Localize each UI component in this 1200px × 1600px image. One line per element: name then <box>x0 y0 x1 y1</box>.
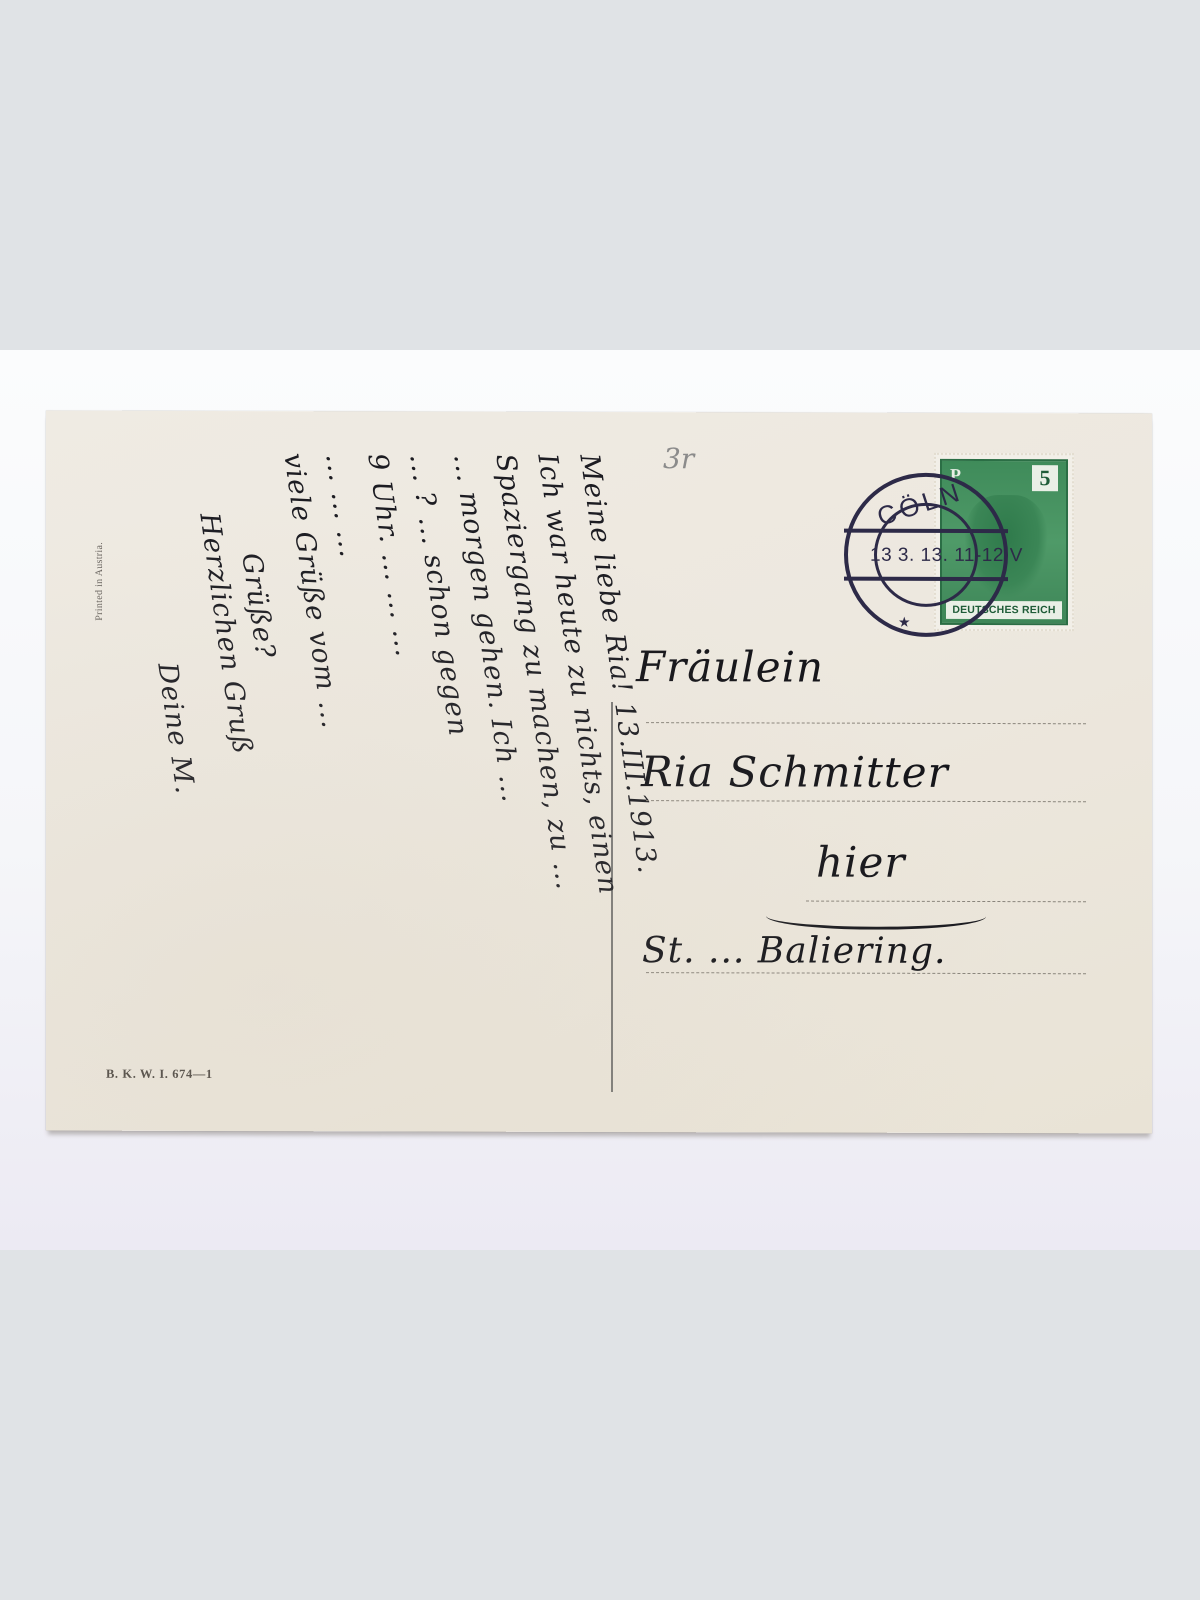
address-line-street: St. ... Baliering. <box>642 930 946 972</box>
postmark-cancellation: CÖLN 13 3. 13. 11-12 V ★ <box>844 473 1008 637</box>
address-line-city: hier <box>816 838 905 887</box>
handwritten-message: Meine liebe Ria! 13.III.1913. Ich war he… <box>84 431 604 1122</box>
postmark-star-icon: ★ <box>898 615 911 632</box>
postcard: Printed in Austria. B. K. W. I. 674—1 3r… <box>46 411 1152 1134</box>
postcard-photo: Printed in Austria. B. K. W. I. 674—1 3r… <box>0 350 1200 1250</box>
postmark-date: 13 3. 13. 11-12 V <box>870 545 1023 567</box>
address-rule <box>646 722 1086 724</box>
message-line: ... ... ... <box>319 451 364 560</box>
address-rule <box>646 800 1086 802</box>
top-background-band <box>0 0 1200 350</box>
address-line-salutation: Fräulein <box>636 642 824 691</box>
city-underline-swash <box>766 902 986 930</box>
card-divider-line <box>611 702 613 1092</box>
address-line-name: Ria Schmitter <box>641 747 949 797</box>
postmark-bar <box>844 529 1008 533</box>
bottom-background-band <box>0 1250 1200 1600</box>
address-rule <box>646 972 1086 974</box>
pencil-note: 3r <box>663 442 694 475</box>
stamp-value: 5 <box>1032 465 1058 491</box>
postmark-bar <box>844 577 1008 581</box>
message-line: Deine M. <box>151 661 200 796</box>
